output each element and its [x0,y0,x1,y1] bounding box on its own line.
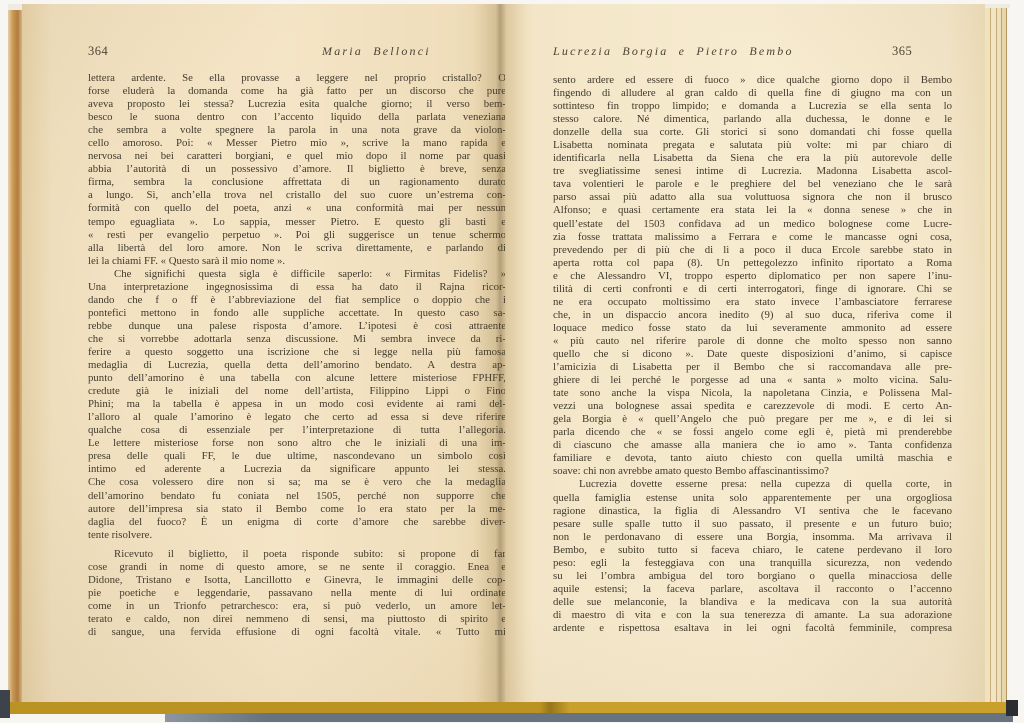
text-line: Bembo, e subito tutto si faceva chiaro, … [553,544,952,557]
text-line: tente risolvere. [88,529,506,542]
scan-artifact-right [1006,700,1018,716]
text-line: zia fosse trattata malissimo a Ferrara e… [553,231,952,244]
scan-shadow-bottom [165,713,1013,722]
running-header-left: Maria Bellonci [322,44,431,59]
text-line: medaglia di Lucrezia, quella detta dell’… [88,359,506,372]
text-line: ardente e rispettosa esaltava in lei ogn… [553,622,952,635]
text-line: Una interpretazione ingegnosissima di es… [88,281,506,294]
text-line: besco le suona dentro con l’accento liqu… [88,111,506,124]
running-header-right: Lucrezia Borgia e Pietro Bembo [553,44,794,59]
paragraph: sento ardere ed essere di fuoco » dice q… [553,74,952,478]
text-line: lettera ardente. Se ella provasse a legg… [88,72,506,85]
text-line: pie poetiche e leggendarie, passavano ne… [88,587,506,600]
page-number-right: 365 [892,44,912,59]
text-line: « resti per evangelio perpetuo ». Poi gl… [88,229,506,242]
text-line: tate sono anche la vispa Nicola, la napo… [553,387,952,400]
paragraph: Lucrezia dovette esserne presa: nella cu… [553,478,952,635]
page-left: 364 Maria Bellonci lettera ardente. Se e… [22,4,505,702]
text-line: ne era occupato moltissimo era stato inv… [553,296,952,309]
text-line: Lisabetta nominata pregata e salutata pi… [553,139,952,152]
text-line: loquace medico fosse stato da lui severa… [553,322,952,335]
text-line: « più cauto nel riferire parole di donne… [553,335,952,348]
text-line: l’alloro al quale l’amorino è legato che… [88,411,506,424]
text-line: ghiere di lei perché le porgesse ad una … [553,374,952,387]
text-line: aveva proposto lei stessa? Lucrezia esit… [88,98,506,111]
text-line: sottinteso fin troppo limpido; e domanda… [553,100,952,113]
paragraph: Ricevuto il biglietto, il poeta risponde… [88,548,506,639]
page-number-left: 364 [88,44,108,59]
text-line: Le lettere misteriose forse non sono alt… [88,437,506,450]
page-body-right: sento ardere ed essere di fuoco » dice q… [553,74,952,635]
text-line: prevedendo per di più che di lì a poco i… [553,244,952,257]
text-line: cello amoroso. Poi: « Messer Pietro mio … [88,137,506,150]
text-line: Lucrezia dovette esserne presa: nella cu… [553,478,952,491]
text-line: donzelle della sua corte. Gli storici si… [553,126,952,139]
text-line: sento ardere ed essere di fuoco » dice q… [553,74,952,87]
text-line: e che Alessandro VI, troppo esperto dipl… [553,270,952,283]
text-line: di ciascuno che amasse alla maniera che … [553,439,952,452]
text-line: aquile estensi; la faceva parlare, ascol… [553,583,952,596]
page-stack-edges [985,8,1010,704]
text-line: vezzi una bolognese assai spedita e care… [553,400,952,413]
text-line: autore dell’impresa sia stato il Bembo c… [88,503,506,516]
page-right: Lucrezia Borgia e Pietro Bembo 365 sento… [505,4,985,702]
text-line: qualche cosa di essenziale per l’interpr… [88,424,506,437]
text-line: intimo ed aderente a Lucrezia da signifi… [88,463,506,476]
text-line: non le perdonavano di essere una Borgia,… [553,531,952,544]
text-line: quell’estate del 1503 confidava ad un me… [553,218,952,231]
text-line: presa delle quali FF, le due ultime, nas… [88,450,506,463]
text-line: parla dicendo che « se fossi angelo come… [553,426,952,439]
book-cover-edge-left [8,10,22,704]
text-line: tempo eguagliata ». Lo sappia, messer Pi… [88,216,506,229]
text-line: rebbe dunque una palese risposta d’amore… [88,320,506,333]
text-line: forse eluderà la domanda come ha già fat… [88,85,506,98]
text-line: pontefici mettono in fondo alle supplich… [88,307,506,320]
text-line: a lungo. Sì, anch’ella trova nel cristal… [88,189,506,202]
text-line: abbia l’autorità di un possessivo d’amor… [88,163,506,176]
text-line: fingendo di alludere al gran caldo di qu… [553,87,952,100]
text-line: aperta rotta col papa (8). Un pettegolez… [553,257,952,270]
text-line: daglia del fuoco? È un enigma di corte d… [88,516,506,529]
text-line: formità con quello del poeta, anzi « una… [88,202,506,215]
text-line: Alfonso; e quasi certamente era stata le… [553,204,952,217]
text-line: familiare e devota, tanto aiuto chiesto … [553,452,952,465]
text-line: parso assai più adatto alla sua voluttuo… [553,191,952,204]
text-line: gela Borgia è « quell’Angelo che può pre… [553,413,952,426]
text-line: che sembra a volte spegnere la parola in… [88,124,506,137]
text-line: delle sue melanconie, la blandiva e la m… [553,596,952,609]
text-line: su lei l’ombra ambigua del toro borgiano… [553,570,952,583]
text-line: come in un Trionfo petrarchesco: era, si… [88,600,506,613]
text-line: che si vorrebbe adottarla senza discussi… [88,333,506,346]
text-line: tava volentieri le parole e le preghiere… [553,178,952,191]
paragraph: Che significhi questa sigla è difficile … [88,268,506,542]
text-line: ragione dinastica, la figlia di Alessand… [553,505,952,518]
text-line: tilità di certi confronti e di certi int… [553,283,952,296]
text-line: nervosa nei bei caratteri borgiani, e qu… [88,150,506,163]
text-line: che, in un dispaccio ancora inedito (9) … [553,309,952,322]
text-line: l’amicizia di Lisabetta per il Bembo che… [553,361,952,374]
text-line: tre svegliatissime senesi intime di Lucr… [553,165,952,178]
text-line: Didone, Tristano e Isotta, Lancillotto e… [88,574,506,587]
text-line: di sangue, una fervida effusione di ogni… [88,626,506,639]
text-line: credute già le iniziali del nome dell’ar… [88,385,506,398]
book-scan: 364 Maria Bellonci lettera ardente. Se e… [0,0,1024,723]
text-line: peso: egli la festeggiava con una tranqu… [553,557,952,570]
text-line: dando che f o ff è l’abbreviazione del f… [88,294,506,307]
text-line: Che significhi questa sigla è difficile … [88,268,506,281]
text-line: lei la chiami FF. « Questo sarà il mio n… [88,255,506,268]
text-line: dell’amorino bendato fu coniata nel 1505… [88,490,506,503]
text-line: quello che si dicono ». Date queste disp… [553,348,952,361]
text-line: pesare sulle spalle tutto il suo passato… [553,518,952,531]
text-line: cose grandi in nome di questo amore, se … [88,561,506,574]
text-line: identificarla nella Lisabetta da Siena c… [553,152,952,165]
text-line: Ricevuto il biglietto, il poeta risponde… [88,548,506,561]
text-line: ferire a questo soggetto una iscrizione … [88,346,506,359]
text-line: di maestro di vita e con la sua tenerezz… [553,609,952,622]
text-line: firma, sembra la conclusione affrettata … [88,176,506,189]
text-line: soave: chi non avrebbe amato questo Bemb… [553,465,952,478]
page-body-left: lettera ardente. Se ella provasse a legg… [88,72,506,639]
text-line: stesso calore. Né dimentica, parlando al… [553,113,952,126]
text-line: terato e caldo, non direi nemmeno di sen… [88,613,506,626]
scan-artifact-left [0,690,10,718]
text-line: Che cosa volessero dire non si sa; ma se… [88,476,506,489]
text-line: alla libertà del loro amore. Non le scri… [88,242,506,255]
text-line: punto dell’amorino è una tabella con alc… [88,372,506,385]
text-line: quella famiglia estense unita solo appar… [553,492,952,505]
text-line: Phini; ma la tabella è appesa in un modo… [88,398,506,411]
paragraph: lettera ardente. Se ella provasse a legg… [88,72,506,268]
